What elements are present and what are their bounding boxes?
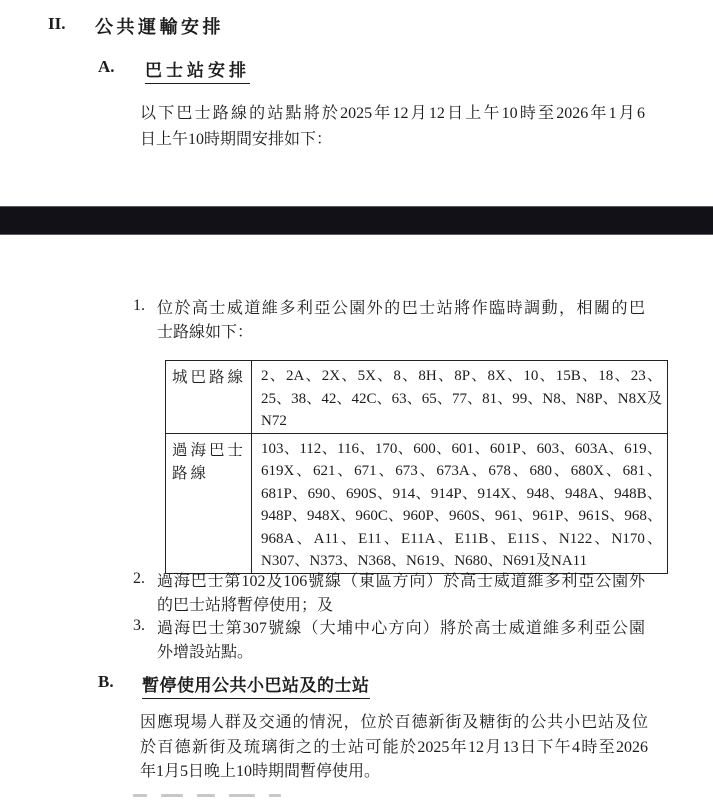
list-item-number: 1. xyxy=(133,297,155,315)
section-a-intro-paragraph: 以下巴士路線的站點將於2025年12月12日上午10時至2026年1月6 日上午… xyxy=(140,101,645,152)
list-item-number: 2. xyxy=(133,570,155,588)
section-ii-title: 公共運輸安排 xyxy=(95,13,224,39)
paragraph-line: 的巴士站將暫停使用；及 xyxy=(157,594,645,618)
table-row: 城巴路線 2、2A、2X、5X、8、8H、8P、8X、10、15B、18、23、… xyxy=(166,361,667,434)
section-b-number: B. xyxy=(98,672,114,692)
table-row-header: 過海巴士路線 xyxy=(166,434,252,573)
page-bottom-cutoff-text xyxy=(133,794,373,800)
section-a-number: A. xyxy=(98,57,115,77)
list-item-1: 位於高士威道維多利亞公園外的巴士站將作臨時調動，相關的巴 士路線如下： xyxy=(157,297,645,345)
list-item-number: 3. xyxy=(133,617,155,635)
section-ii-number: II. xyxy=(48,14,65,34)
table-row-header: 城巴路線 xyxy=(166,361,252,433)
table-row: 過海巴士路線 103、112、116、170、600、601、601P、603、… xyxy=(166,434,667,573)
paragraph-line: 士路線如下： xyxy=(157,321,645,345)
table-cell-routes: 103、112、116、170、600、601、601P、603、603A、61… xyxy=(252,434,667,573)
paragraph-line: 過海巴士第102及106號線（東區方向）於高士威道維多利亞公園外 xyxy=(157,570,645,594)
paragraph-line: 年1月5日晚上10時期間暫停使用。 xyxy=(140,760,648,785)
section-b-title: 暫停使用公共小巴站及的士站 xyxy=(142,671,370,699)
bus-route-table: 城巴路線 2、2A、2X、5X、8、8H、8P、8X、10、15B、18、23、… xyxy=(165,360,668,574)
paragraph-line: 以下巴士路線的站點將於2025年12月12日上午10時至2026年1月6 xyxy=(140,101,645,127)
redaction-bar xyxy=(0,206,713,235)
section-a-title: 巴士站安排 xyxy=(145,56,250,84)
paragraph-line: 外增設站點。 xyxy=(157,641,645,665)
list-item-3: 過海巴士第307號線（大埔中心方向）將於高士威道維多利亞公園 外增設站點。 xyxy=(157,617,645,664)
paragraph-line: 日上午10時期間安排如下： xyxy=(140,127,645,153)
list-item-2: 過海巴士第102及106號線（東區方向）於高士威道維多利亞公園外 的巴士站將暫停… xyxy=(157,570,645,618)
table-cell-routes: 2、2A、2X、5X、8、8H、8P、8X、10、15B、18、23、25、38… xyxy=(252,361,667,433)
paragraph-line: 於百德新街及琉璃街之的士站可能於2025年12月13日下午4時至2026 xyxy=(140,736,648,761)
paragraph-line: 位於高士威道維多利亞公園外的巴士站將作臨時調動，相關的巴 xyxy=(157,297,645,321)
section-b-paragraph: 因應現場人群及交通的情況，位於百德新街及糖街的公共小巴站及位 於百德新街及琉璃街… xyxy=(140,711,648,785)
paragraph-line: 過海巴士第307號線（大埔中心方向）將於高士威道維多利亞公園 xyxy=(157,617,645,641)
document-page: { "section_ii": { "number": "II.", "titl… xyxy=(0,0,713,800)
paragraph-line: 因應現場人群及交通的情況，位於百德新街及糖街的公共小巴站及位 xyxy=(140,711,648,736)
